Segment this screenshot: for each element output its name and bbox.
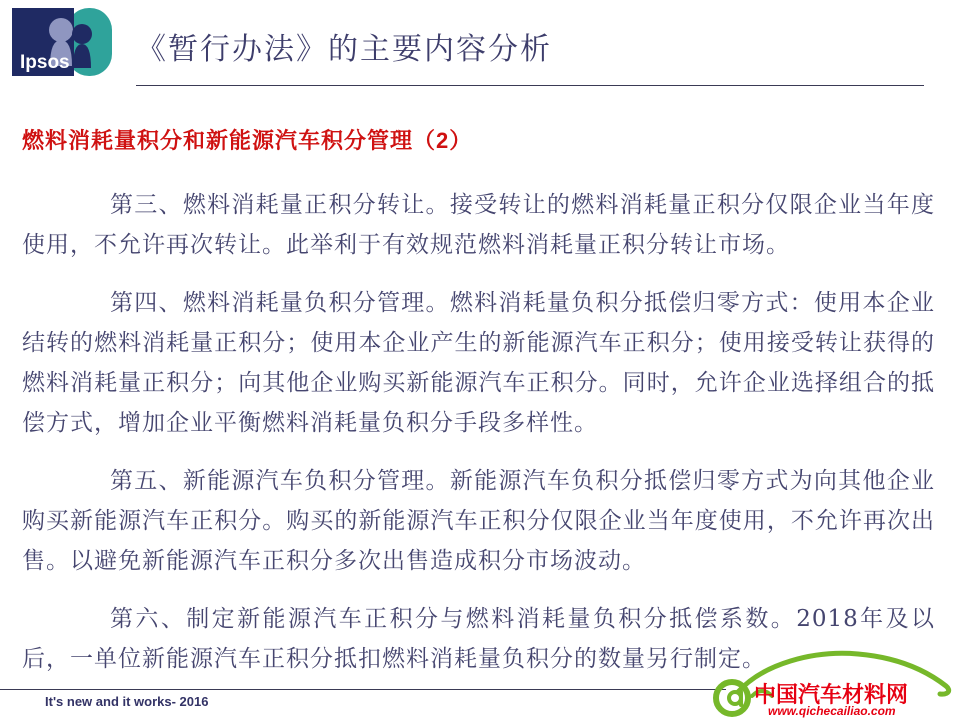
site-url-text: www.qichecailiao.com — [768, 704, 896, 718]
paragraph-third: 第三、燃料消耗量正积分转让。接受转让的燃料消耗量正积分仅限企业当年度使用，不允许… — [22, 185, 935, 265]
paragraph-fifth: 第五、新能源汽车负积分管理。新能源汽车负积分抵偿归零方式为向其他企业购买新能源汽… — [22, 461, 935, 581]
title-divider — [136, 85, 924, 86]
ipsos-logo: Ipsos — [12, 8, 112, 76]
logo-face-dark — [72, 24, 92, 44]
footer-divider — [0, 689, 726, 690]
presentation-slide: Ipsos 《暂行办法》的主要内容分析 燃料消耗量积分和新能源汽车积分管理（2）… — [0, 0, 960, 720]
ipsos-logo-text: Ipsos — [20, 52, 70, 73]
paragraph-fourth: 第四、燃料消耗量负积分管理。燃料消耗量负积分抵偿归零方式：使用本企业结转的燃料消… — [22, 283, 935, 443]
qichecailiao-logo: 中国汽车材料网 www.qichecailiao.com — [708, 648, 958, 718]
page-title: 《暂行办法》的主要内容分析 — [136, 24, 552, 68]
logo-face-light — [49, 18, 73, 42]
at-mark-icon — [716, 682, 748, 714]
slide-body: 燃料消耗量积分和新能源汽车积分管理（2） 第三、燃料消耗量正积分转让。接受转让的… — [22, 124, 935, 697]
section-heading: 燃料消耗量积分和新能源汽车积分管理（2） — [22, 124, 935, 155]
footer-tagline: It's new and it works- 2016 — [45, 694, 208, 709]
